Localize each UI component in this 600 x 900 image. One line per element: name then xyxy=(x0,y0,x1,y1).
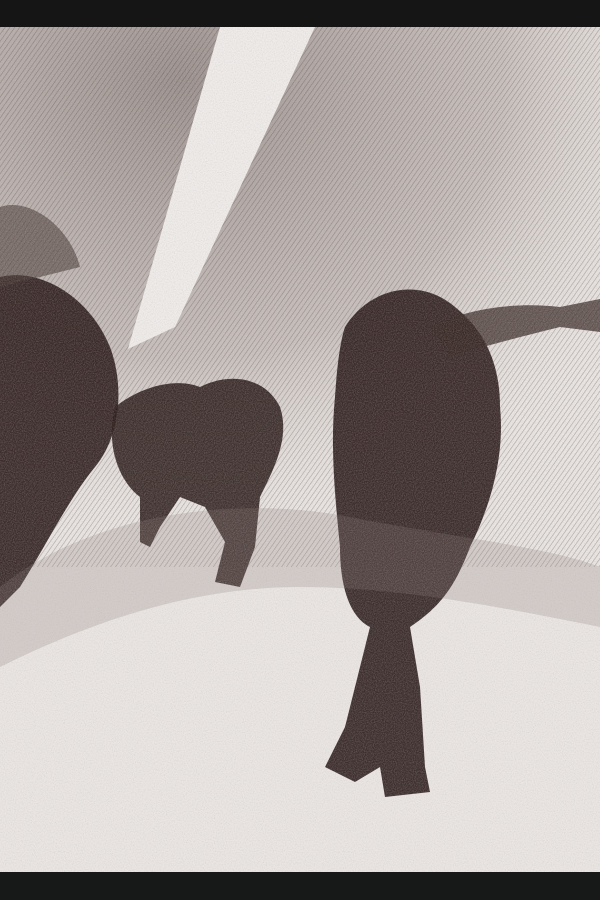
photo-drawing xyxy=(0,27,600,872)
top-border xyxy=(0,0,600,27)
bottom-border xyxy=(0,872,600,900)
halftone-photo xyxy=(0,27,600,872)
